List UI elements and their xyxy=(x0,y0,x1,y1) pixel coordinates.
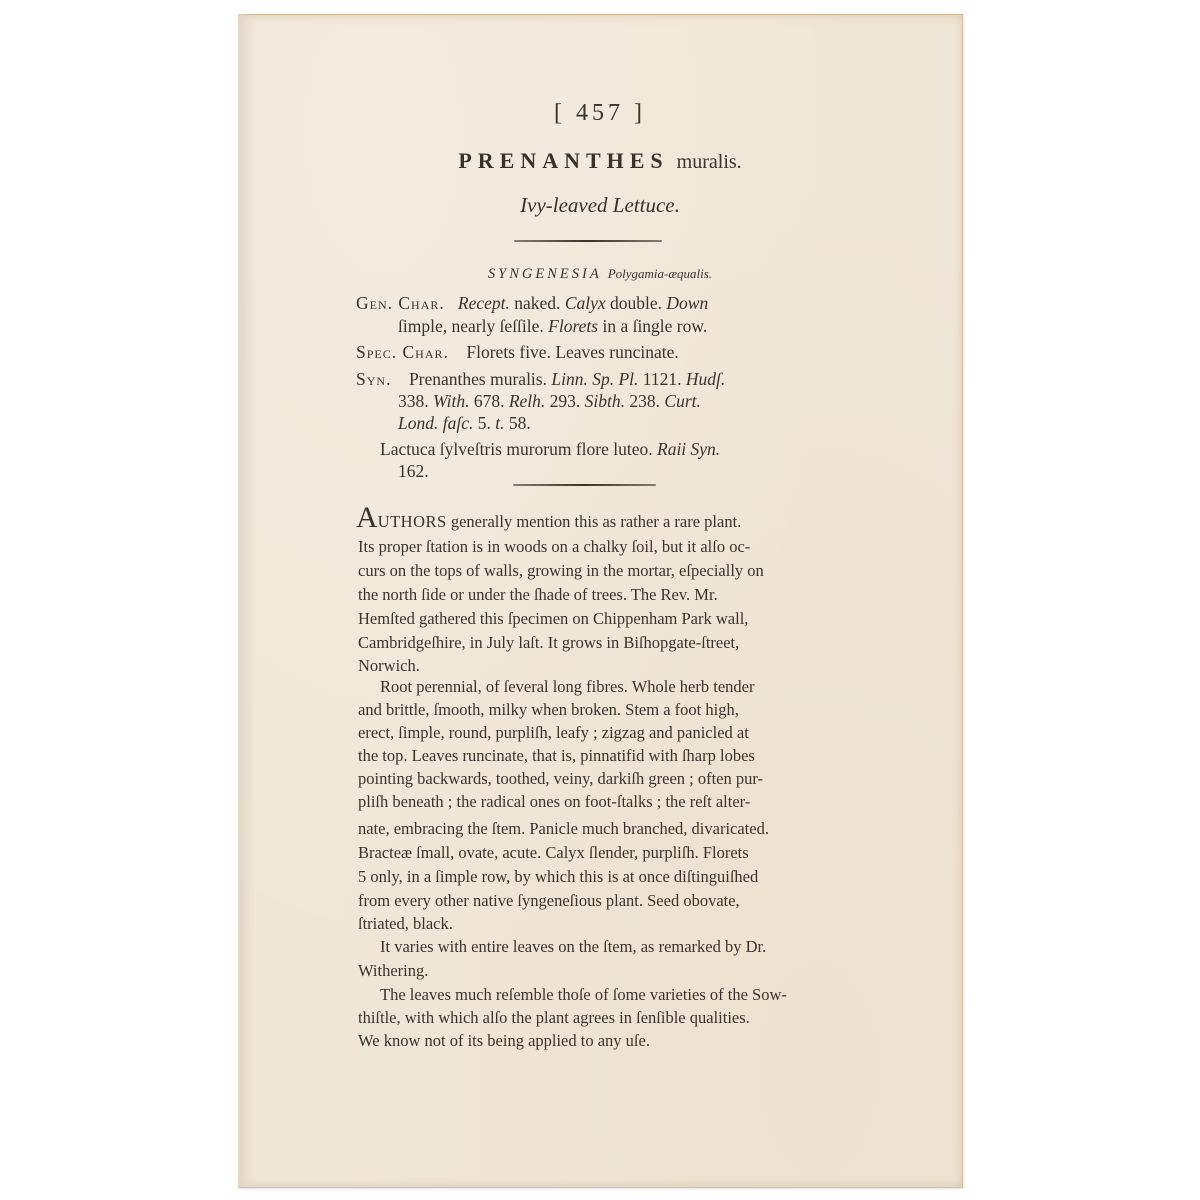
gen-char-term: Recept. xyxy=(458,293,510,313)
paragraph-2-line: ſtriated, black. xyxy=(358,914,453,934)
paragraph-2-line: Bracteæ ſmall, ovate, acute. Calyx ſlend… xyxy=(358,843,749,863)
gen-char-term: Calyx xyxy=(565,293,606,313)
species-name: muralis. xyxy=(677,151,742,173)
paragraph-3-line: Withering. xyxy=(358,961,428,981)
paragraph-2-line: from every other native ſyngeneſious pla… xyxy=(358,891,740,911)
linnaean-class: SYNGENESIA xyxy=(488,266,602,282)
paragraph-4-line: We know not of its being applied to any … xyxy=(358,1031,650,1051)
gen-char-text: in a ſingle row. xyxy=(598,316,707,336)
page-title: PRENANTHESmuralis. xyxy=(380,148,820,174)
paragraph-2-line: the top. Leaves runcinate, that is, pinn… xyxy=(358,746,755,766)
paragraph-1-line: Hemſted gathered this ſpecimen on Chippe… xyxy=(358,609,748,629)
synonym-ref: Sibth. xyxy=(585,391,625,411)
paragraph-2-line: nate, embracing the ſtem. Panicle much b… xyxy=(358,819,769,839)
synonym-text: 293. xyxy=(545,391,584,411)
drop-cap: A xyxy=(356,501,378,534)
synonym-text: 238. xyxy=(625,391,664,411)
synonym-text: Lactuca ſylveſtris murorum flore luteo. xyxy=(380,439,657,459)
paragraph-1-line: the north ſide or under the ſhade of tre… xyxy=(358,585,718,605)
paragraph-1-line: Cambridgeſhire, in July laſt. It grows i… xyxy=(358,633,739,653)
paragraph-2-line: pliſh beneath ; the radical ones on foot… xyxy=(358,792,750,812)
gen-char-text: double. xyxy=(606,293,667,313)
paragraph-1-line-1: AUTHORS generally mention this as rather… xyxy=(356,503,741,533)
synonym-text: 678. xyxy=(469,391,508,411)
paragraph-1-line: curs on the tops of walls, growing in th… xyxy=(358,561,764,581)
paragraph-2-line: pointing backwards, toothed, veiny, dark… xyxy=(358,769,763,789)
synonym-ref: Curt. xyxy=(664,391,700,411)
page-deckle-edge xyxy=(238,14,256,1186)
gen-char-text: naked. xyxy=(510,293,565,313)
synonym-label: Syn. xyxy=(356,369,391,389)
synonym-line-4: Lactuca ſylveſtris murorum flore luteo. … xyxy=(380,439,720,460)
gen-char-text: ſimple, nearly ſeſſile. xyxy=(398,316,548,336)
synonym-ref: Hudſ. xyxy=(686,369,725,389)
common-name: Ivy-leaved Lettuce. xyxy=(380,193,820,218)
synonym-line-5: 162. xyxy=(398,461,429,482)
paragraph-2-line: Root perennial, of ſeveral long fibres. … xyxy=(380,677,754,697)
spec-char-line: Spec. Char. Florets five. Leaves runcina… xyxy=(356,342,679,363)
synonym-text: 1121. xyxy=(638,369,685,389)
synonym-ref: Linn. Sp. Pl. xyxy=(551,369,638,389)
synonym-line-3: Lond. faſc. 5. t. 58. xyxy=(398,413,531,434)
gen-char-term: Down xyxy=(666,293,708,313)
synonym-text: 5. xyxy=(473,413,495,433)
paragraph-2-line: erect, ſimple, round, purpliſh, leafy ; … xyxy=(358,723,749,743)
paragraph-4-line: thiſtle, with which alſo the plant agree… xyxy=(358,1008,750,1028)
spec-char-label: Spec. Char. xyxy=(356,342,449,362)
spec-char-text: Florets five. Leaves runcinate. xyxy=(466,342,678,362)
divider-rule xyxy=(513,484,656,486)
paragraph-1-line: Norwich. xyxy=(358,656,420,676)
body-text: generally mention this as rather a rare … xyxy=(447,512,742,531)
synonym-text: 338. xyxy=(398,391,433,411)
synonym-text: 58. xyxy=(504,413,530,433)
divider-rule xyxy=(514,240,662,242)
paragraph-4-line: The leaves much reſemble thoſe of ſome v… xyxy=(380,985,787,1005)
classification: SYNGENESIAPolygamia-æqualis. xyxy=(380,266,820,283)
synonym-line-1: Syn. Prenanthes muralis. Linn. Sp. Pl. 1… xyxy=(356,369,725,390)
paragraph-3-line: It varies with entire leaves on the ſtem… xyxy=(380,937,766,957)
synonym-text: Prenanthes muralis. xyxy=(409,369,551,389)
gen-char-label: Gen. Char. xyxy=(356,293,445,313)
paragraph-2-line: 5 only, in a ſimple row, by which this i… xyxy=(358,867,758,887)
gen-char-line-2: ſimple, nearly ſeſſile. Florets in a ſin… xyxy=(398,316,707,337)
synonym-ref: Raii Syn. xyxy=(657,439,720,459)
paragraph-1-line: Its proper ſtation is in woods on a chal… xyxy=(358,537,750,557)
synonym-ref: Relh. xyxy=(509,391,545,411)
linnaean-order: Polygamia-æqualis. xyxy=(608,266,712,281)
genus-name: PRENANTHES xyxy=(458,148,668,173)
synonym-ref: Lond. faſc. xyxy=(398,413,473,433)
paragraph-2-line: and brittle, ſmooth, milky when broken. … xyxy=(358,700,739,720)
gen-char-term: Florets xyxy=(548,316,598,336)
opening-caps: UTHORS xyxy=(378,512,447,531)
synonym-line-2: 338. With. 678. Relh. 293. Sibth. 238. C… xyxy=(398,391,701,412)
gen-char-line-1: Gen. Char. Recept. naked. Calyx double. … xyxy=(356,293,708,314)
synonym-ref: With. xyxy=(433,391,469,411)
page-number: [ 457 ] xyxy=(500,100,700,127)
